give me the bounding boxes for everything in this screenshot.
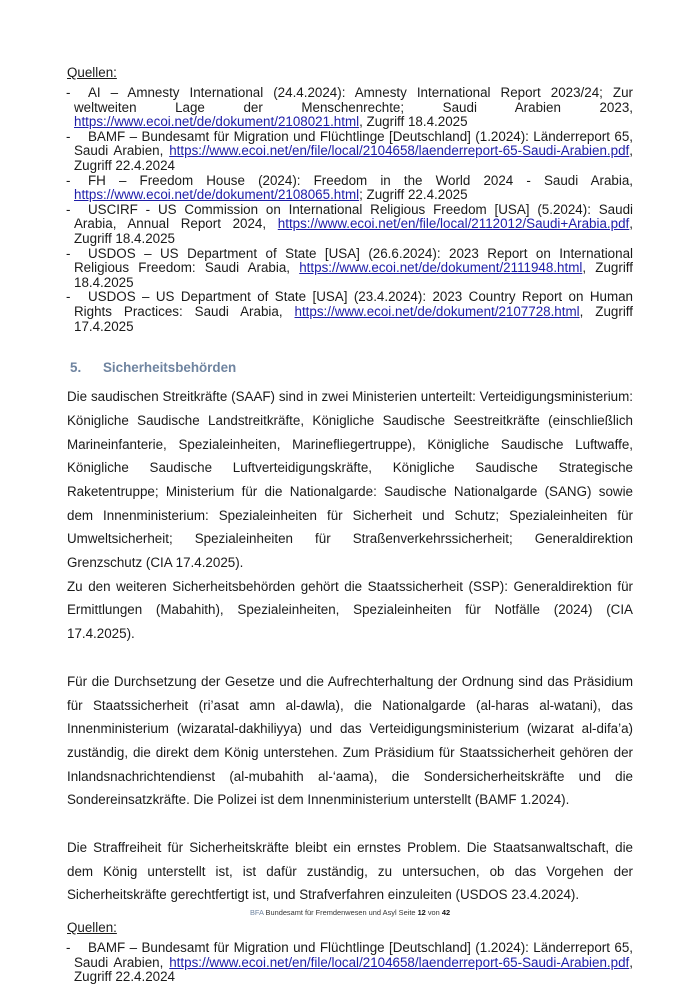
source-access-date: ; Zugriff 22.4.2025 — [359, 187, 467, 202]
section-title: Sicherheitsbehörden — [103, 360, 236, 375]
paragraph-law-enforcement: Für die Durchsetzung der Gesetze und die… — [67, 670, 633, 812]
bullet-dash: - — [66, 247, 70, 262]
page-number: 12 — [418, 908, 426, 917]
source-link[interactable]: https://www.ecoi.net/en/file/local/21120… — [278, 216, 629, 231]
document-page: Quellen: -AI – Amnesty International (24… — [67, 64, 633, 985]
bullet-dash: - — [66, 290, 70, 305]
source-text: AI – Amnesty International (24.4.2024): … — [74, 85, 633, 115]
bfa-logo: BFA — [250, 908, 264, 917]
bullet-dash: - — [66, 203, 70, 218]
source-link[interactable]: https://www.ecoi.net/de/dokument/2107728… — [295, 304, 580, 319]
source-access-date: , Zugriff 18.4.2025 — [359, 114, 467, 129]
section-number: 5. — [70, 360, 103, 375]
bullet-dash: - — [66, 130, 70, 145]
footer-org: Bundesamt für Fremdenwesen und Asyl Seit… — [264, 908, 418, 917]
paragraph-impunity: Die Straffreiheit für Sicherheitskräfte … — [67, 836, 633, 907]
source-item: -BAMF – Bundesamt für Migration und Flüc… — [67, 130, 633, 174]
bullet-dash: - — [66, 941, 70, 956]
source-link[interactable]: https://www.ecoi.net/en/file/local/21046… — [169, 955, 629, 970]
source-item: -USCIRF - US Commission on International… — [67, 203, 633, 247]
source-link[interactable]: https://www.ecoi.net/de/dokument/2108065… — [74, 187, 359, 202]
footer-of: von — [426, 908, 442, 917]
page-footer: BFA Bundesamt für Fremdenwesen und Asyl … — [0, 908, 700, 917]
paragraph-armed-forces: Die saudischen Streitkräfte (SAAF) sind … — [67, 385, 633, 575]
bullet-dash: - — [66, 174, 70, 189]
source-link[interactable]: https://www.ecoi.net/en/file/local/21046… — [169, 143, 629, 158]
source-item: -USDOS – US Department of State [USA] (2… — [67, 247, 633, 291]
sources-heading: Quellen: — [67, 64, 633, 82]
sources-list-2: -BAMF – Bundesamt für Migration und Flüc… — [67, 941, 633, 985]
sources-list: -AI – Amnesty International (24.4.2024):… — [67, 86, 633, 334]
section-heading: 5.Sicherheitsbehörden — [70, 360, 633, 375]
source-text: FH – Freedom House (2024): Freedom in th… — [88, 173, 633, 188]
source-link[interactable]: https://www.ecoi.net/de/dokument/2111948… — [299, 260, 582, 275]
page-total: 42 — [442, 908, 450, 917]
sources-heading-2: Quellen: — [67, 919, 633, 937]
source-item: -USDOS – US Department of State [USA] (2… — [67, 290, 633, 334]
bullet-dash: - — [66, 86, 70, 101]
source-item: -BAMF – Bundesamt für Migration und Flüc… — [67, 941, 633, 985]
source-link[interactable]: https://www.ecoi.net/de/dokument/2108021… — [74, 114, 359, 129]
source-item: -AI – Amnesty International (24.4.2024):… — [67, 86, 633, 130]
source-item: -FH – Freedom House (2024): Freedom in t… — [67, 174, 633, 203]
paragraph-state-security: Zu den weiteren Sicherheitsbehörden gehö… — [67, 575, 633, 646]
